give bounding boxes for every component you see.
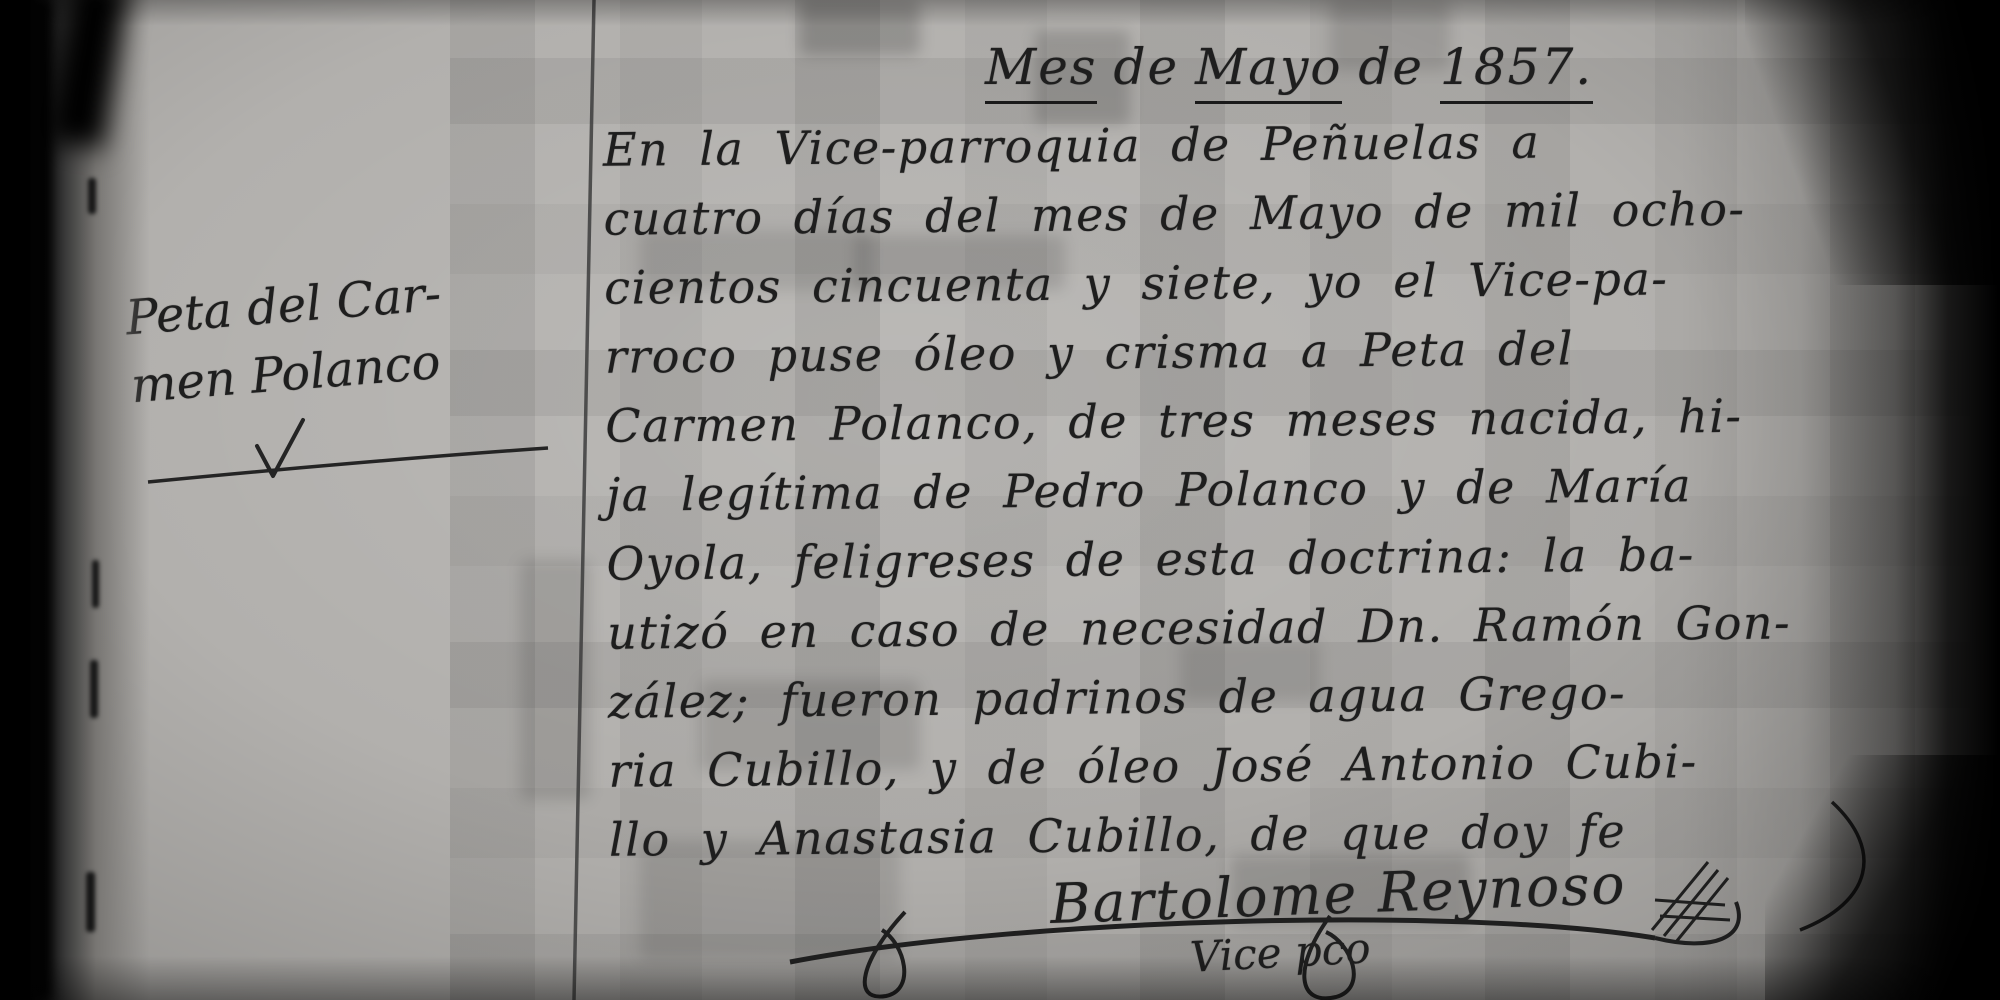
- paper-stain: [520, 560, 590, 800]
- manuscript-photo: MesdeMayode1857. Peta del Car- men Polan…: [0, 0, 2000, 1000]
- column-rule-line: [574, 0, 594, 1000]
- record-line: Carmen Polanco, de tres meses nacida, hi…: [605, 380, 1926, 461]
- top-edge-shadow: [0, 0, 2000, 26]
- signature-flourish: [865, 912, 905, 997]
- margin-name-note: Peta del Car- men Polanco: [123, 260, 449, 420]
- record-line: ja legítima de Pedro Polanco y de María: [606, 449, 1927, 530]
- record-line: llo y Anastasia Cubillo, de que doy fe: [609, 794, 1930, 875]
- gutter-streak: [34, 0, 50, 1000]
- signature-flourish: [1655, 902, 1739, 943]
- record-line: cuatro días del mes de Mayo de mil ocho-: [603, 173, 1924, 254]
- bottom-edge-shadow: [0, 956, 2000, 1000]
- baptism-record-text: En la Vice-parroquia de Peñuelas a cuatr…: [603, 104, 1930, 874]
- header-word-de: de: [1113, 38, 1179, 96]
- book-gutter-shadow: [0, 0, 150, 1000]
- edge-mark: [88, 178, 96, 214]
- edge-mark: [90, 660, 98, 718]
- record-line: Oyola, feligreses de esta doctrina: la b…: [606, 518, 1927, 599]
- record-line: rroco puse óleo y crisma a Peta del: [605, 311, 1926, 392]
- header-year: 1857.: [1440, 38, 1593, 104]
- record-line: ria Cubillo, y de óleo José Antonio Cubi…: [608, 725, 1929, 806]
- signature-rubric-hatch: [1652, 862, 1730, 942]
- header-word-de: de: [1358, 38, 1424, 96]
- month-header: MesdeMayode1857.: [985, 38, 1593, 96]
- priest-title: Vice pco: [1189, 923, 1372, 981]
- header-word-mes: Mes: [985, 38, 1097, 104]
- record-line: zález; fueron padrinos de agua Grego-: [608, 656, 1929, 737]
- record-line: utizó en caso de necesidad Dn. Ramón Gon…: [607, 587, 1928, 668]
- header-word-mayo: Mayo: [1195, 38, 1342, 104]
- edge-mark: [86, 872, 95, 932]
- paper-stain: [800, 0, 920, 55]
- record-line: cientos cincuenta y siete, yo el Vice-pa…: [604, 242, 1925, 323]
- gutter-blot: [45, 0, 129, 149]
- record-line: En la Vice-parroquia de Peñuelas a: [603, 104, 1924, 185]
- edge-mark: [92, 560, 99, 608]
- check-mark-icon: [257, 420, 303, 476]
- margin-underline: [148, 448, 548, 482]
